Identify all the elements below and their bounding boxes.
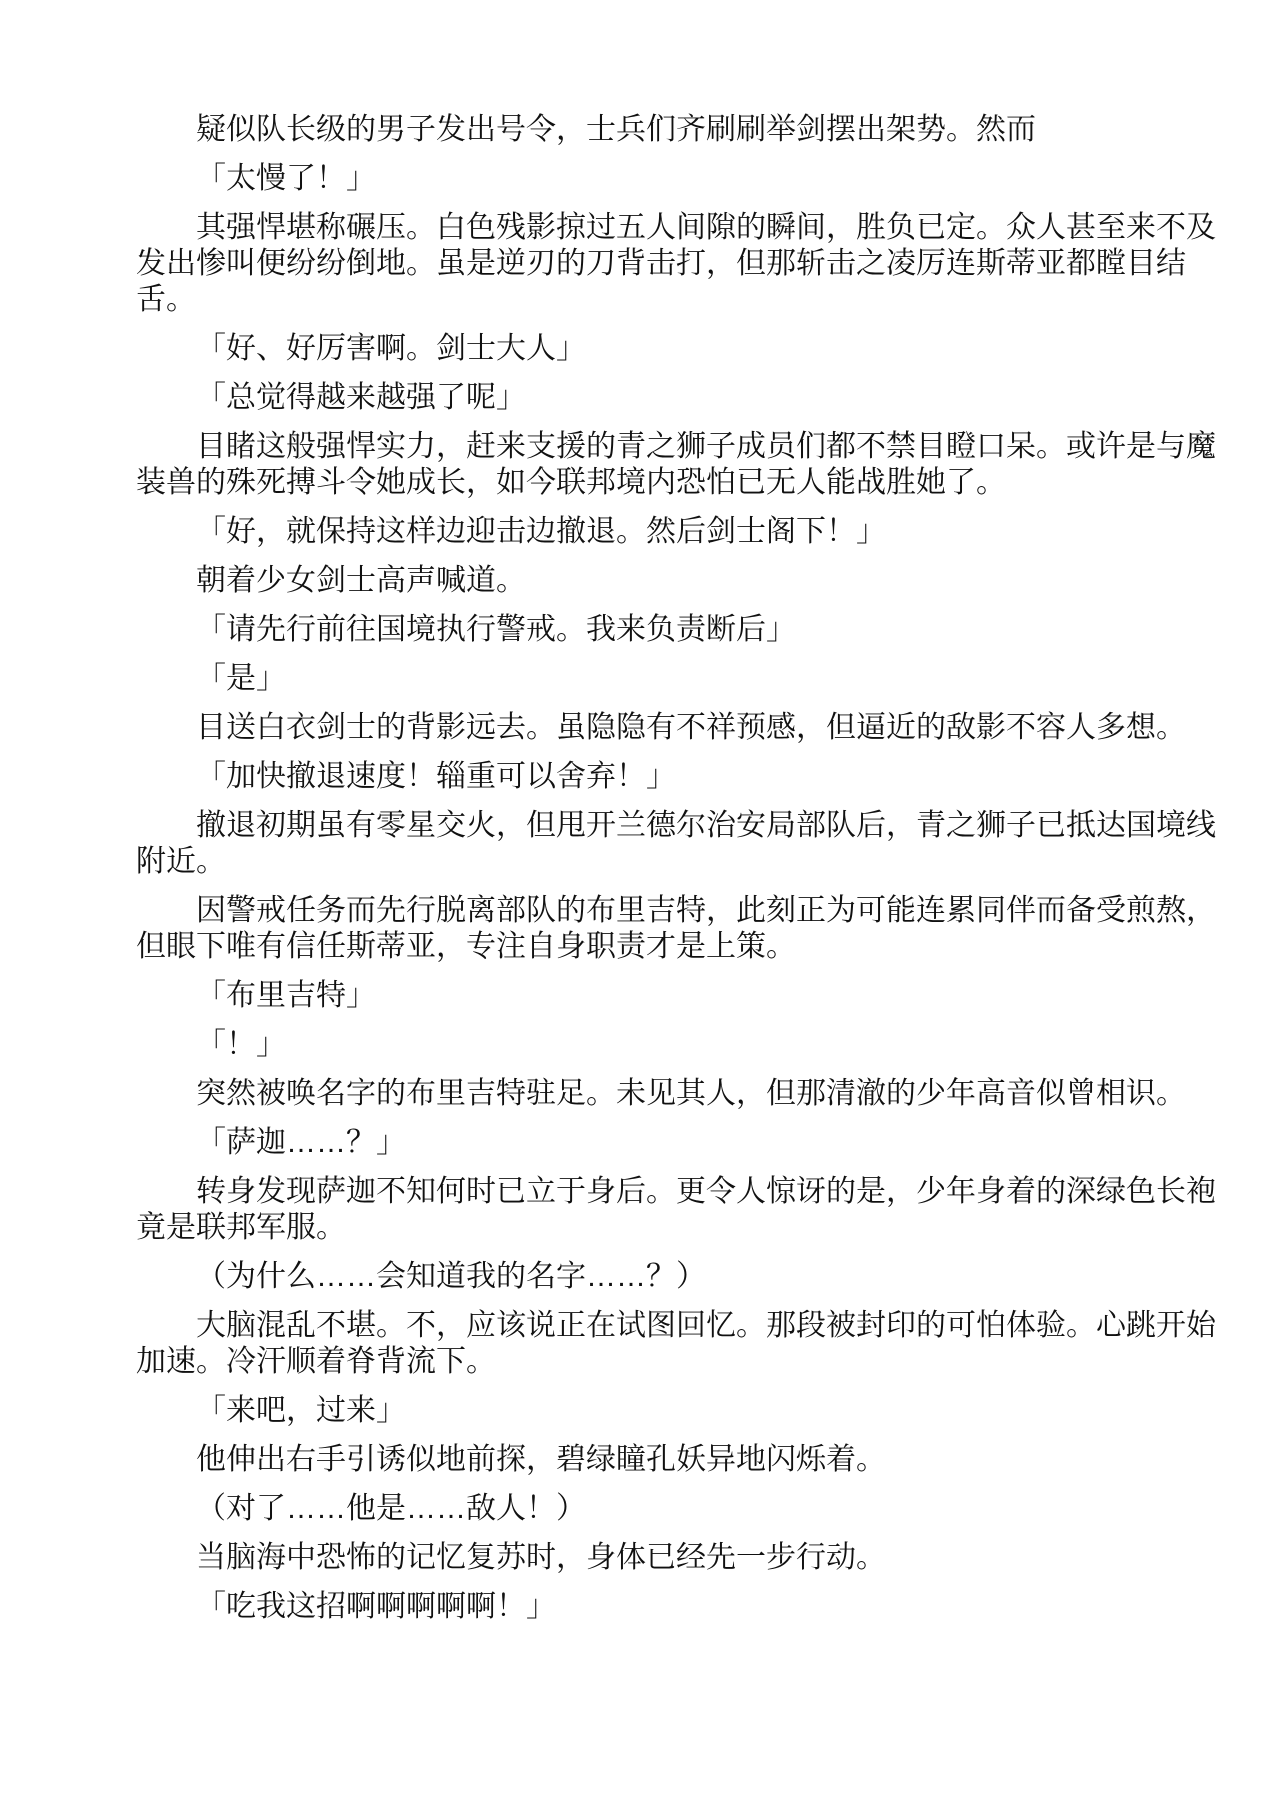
paragraph: 「请先行前往国境执行警戒。我来负责断后」 <box>136 612 1186 648</box>
paragraph: 「好、好厉害啊。剑士大人」 <box>136 331 1186 367</box>
paragraph: （为什么……会知道我的名字……？） <box>136 1259 1186 1295</box>
text-line: （为什么……会知道我的名字……？） <box>136 1259 1186 1295</box>
text-line: 竟是联邦军服。 <box>136 1210 1186 1246</box>
paragraph: 「总觉得越来越强了呢」 <box>136 380 1186 416</box>
text-line: 因警戒任务而先行脱离部队的布里吉特，此刻正为可能连累同伴而备受煎熬， <box>136 893 1186 929</box>
text-line: 附近。 <box>136 844 1186 880</box>
text-line: 「吃我这招啊啊啊啊啊！」 <box>136 1589 1186 1625</box>
text-line: 「！」 <box>136 1027 1186 1063</box>
text-line: 「来吧，过来」 <box>136 1393 1186 1429</box>
paragraph: （对了……他是……敌人！） <box>136 1491 1186 1527</box>
text-line: 「好、好厉害啊。剑士大人」 <box>136 331 1186 367</box>
text-line: 朝着少女剑士高声喊道。 <box>136 563 1186 599</box>
text-line: （对了……他是……敌人！） <box>136 1491 1186 1527</box>
text-line: 疑似队长级的男子发出号令，士兵们齐刷刷举剑摆出架势。然而 <box>136 112 1186 148</box>
paragraph: 「萨迦……？」 <box>136 1125 1186 1161</box>
paragraph: 转身发现萨迦不知何时已立于身后。更令人惊讶的是，少年身着的深绿色长袍竟是联邦军服… <box>136 1174 1186 1246</box>
text-line: 大脑混乱不堪。不，应该说正在试图回忆。那段被封印的可怕体验。心跳开始 <box>136 1308 1186 1344</box>
text-line: 「请先行前往国境执行警戒。我来负责断后」 <box>136 612 1186 648</box>
document-page: 疑似队长级的男子发出号令，士兵们齐刷刷举剑摆出架势。然而「太慢了！」其强悍堪称碾… <box>0 0 1280 1808</box>
paragraph: 目睹这般强悍实力，赶来支援的青之狮子成员们都不禁目瞪口呆。或许是与魔装兽的殊死搏… <box>136 429 1186 501</box>
text-line: 加速。冷汗顺着脊背流下。 <box>136 1344 1186 1380</box>
paragraph: 「加快撤退速度！辎重可以舍弃！」 <box>136 759 1186 795</box>
text-line: 发出惨叫便纷纷倒地。虽是逆刃的刀背击打，但那斩击之凌厉连斯蒂亚都瞠目结 <box>136 246 1186 282</box>
paragraph: 突然被唤名字的布里吉特驻足。未见其人，但那清澈的少年高音似曾相识。 <box>136 1076 1186 1112</box>
text-line: 舌。 <box>136 282 1186 318</box>
paragraph: 「吃我这招啊啊啊啊啊！」 <box>136 1589 1186 1625</box>
text-line: 「总觉得越来越强了呢」 <box>136 380 1186 416</box>
paragraph: 其强悍堪称碾压。白色残影掠过五人间隙的瞬间，胜负已定。众人甚至来不及发出惨叫便纷… <box>136 210 1186 318</box>
text-line: 「萨迦……？」 <box>136 1125 1186 1161</box>
text-line: 撤退初期虽有零星交火，但甩开兰德尔治安局部队后，青之狮子已抵达国境线 <box>136 808 1186 844</box>
text-block: 疑似队长级的男子发出号令，士兵们齐刷刷举剑摆出架势。然而「太慢了！」其强悍堪称碾… <box>136 112 1186 1625</box>
text-line: 但眼下唯有信任斯蒂亚，专注自身职责才是上策。 <box>136 929 1186 965</box>
text-line: 目睹这般强悍实力，赶来支援的青之狮子成员们都不禁目瞪口呆。或许是与魔 <box>136 429 1186 465</box>
text-line: 「好，就保持这样边迎击边撤退。然后剑士阁下！」 <box>136 514 1186 550</box>
text-line: 他伸出右手引诱似地前探，碧绿瞳孔妖异地闪烁着。 <box>136 1442 1186 1478</box>
paragraph: 朝着少女剑士高声喊道。 <box>136 563 1186 599</box>
paragraph: 「来吧，过来」 <box>136 1393 1186 1429</box>
paragraph: 「太慢了！」 <box>136 161 1186 197</box>
text-line: 转身发现萨迦不知何时已立于身后。更令人惊讶的是，少年身着的深绿色长袍 <box>136 1174 1186 1210</box>
text-line: 装兽的殊死搏斗令她成长，如今联邦境内恐怕已无人能战胜她了。 <box>136 465 1186 501</box>
paragraph: 当脑海中恐怖的记忆复苏时，身体已经先一步行动。 <box>136 1540 1186 1576</box>
paragraph: 「是」 <box>136 661 1186 697</box>
paragraph: 大脑混乱不堪。不，应该说正在试图回忆。那段被封印的可怕体验。心跳开始加速。冷汗顺… <box>136 1308 1186 1380</box>
text-line: 「加快撤退速度！辎重可以舍弃！」 <box>136 759 1186 795</box>
text-line: 当脑海中恐怖的记忆复苏时，身体已经先一步行动。 <box>136 1540 1186 1576</box>
paragraph: 撤退初期虽有零星交火，但甩开兰德尔治安局部队后，青之狮子已抵达国境线附近。 <box>136 808 1186 880</box>
text-line: 突然被唤名字的布里吉特驻足。未见其人，但那清澈的少年高音似曾相识。 <box>136 1076 1186 1112</box>
text-line: 「布里吉特」 <box>136 978 1186 1014</box>
text-line: 「是」 <box>136 661 1186 697</box>
paragraph: 「！」 <box>136 1027 1186 1063</box>
text-line: 其强悍堪称碾压。白色残影掠过五人间隙的瞬间，胜负已定。众人甚至来不及 <box>136 210 1186 246</box>
paragraph: 他伸出右手引诱似地前探，碧绿瞳孔妖异地闪烁着。 <box>136 1442 1186 1478</box>
paragraph: 「布里吉特」 <box>136 978 1186 1014</box>
paragraph: 「好，就保持这样边迎击边撤退。然后剑士阁下！」 <box>136 514 1186 550</box>
text-line: 「太慢了！」 <box>136 161 1186 197</box>
paragraph: 目送白衣剑士的背影远去。虽隐隐有不祥预感，但逼近的敌影不容人多想。 <box>136 710 1186 746</box>
text-line: 目送白衣剑士的背影远去。虽隐隐有不祥预感，但逼近的敌影不容人多想。 <box>136 710 1186 746</box>
paragraph: 疑似队长级的男子发出号令，士兵们齐刷刷举剑摆出架势。然而 <box>136 112 1186 148</box>
paragraph: 因警戒任务而先行脱离部队的布里吉特，此刻正为可能连累同伴而备受煎熬，但眼下唯有信… <box>136 893 1186 965</box>
